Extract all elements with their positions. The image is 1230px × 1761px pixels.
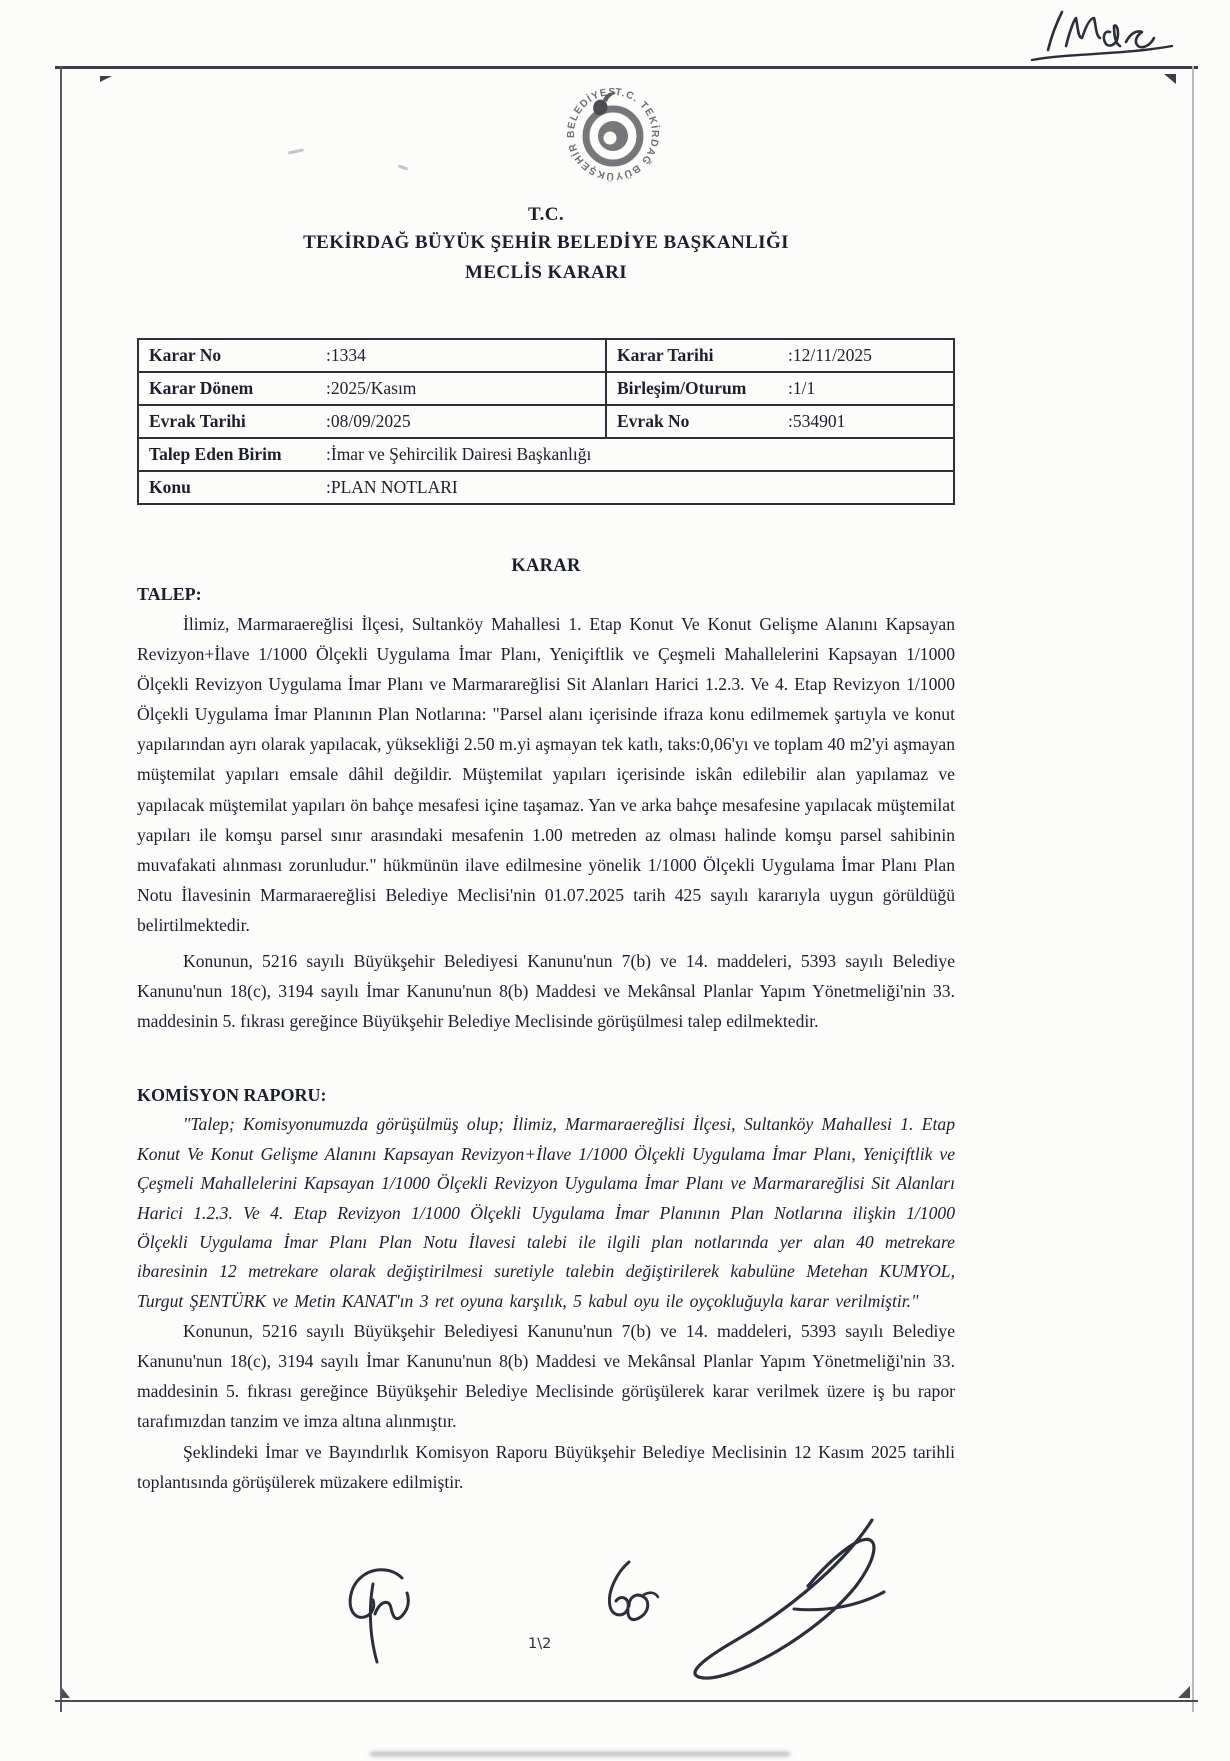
table-row: Karar Dönem :2025/Kasım Birleşim/Oturum … bbox=[138, 372, 954, 405]
evrak-no-value: :534901 bbox=[778, 405, 954, 438]
talep-paragraph-1: İlimiz, Marmaraereğlisi İlçesi, Sultankö… bbox=[137, 609, 955, 940]
signature-2 bbox=[583, 1556, 661, 1648]
table-row: Konu :PLAN NOTLARI bbox=[138, 471, 954, 504]
signature-1 bbox=[338, 1562, 430, 1670]
page-number: 1\2 bbox=[528, 1636, 551, 1652]
frame-corner-mark-bottom-right bbox=[1178, 1686, 1190, 1698]
header-doc-type: MECLİS KARARI bbox=[137, 258, 955, 288]
konu-label: Konu bbox=[138, 471, 316, 504]
header-municipality: TEKİRDAĞ BÜYÜK ŞEHİR BELEDİYE BAŞKANLIĞI bbox=[137, 228, 955, 258]
komisyon-paragraph-1: "Talep; Komisyonumuzda görüşülmüş olup; … bbox=[137, 1110, 955, 1316]
komisyon-paragraph-3: Şeklindeki İmar ve Bayındırlık Komisyon … bbox=[137, 1437, 955, 1497]
evrak-no-label: Evrak No bbox=[606, 405, 778, 438]
evrak-tarihi-value: :08/09/2025 bbox=[316, 405, 606, 438]
signature-3 bbox=[676, 1512, 890, 1700]
scanned-decision-page: İmar T.C. TEKİRDAĞ BÜYÜKŞEHİR BELEDİYESİ bbox=[0, 0, 1230, 1761]
page-frame-right-line bbox=[1192, 66, 1194, 1712]
karar-donem-value: :2025/Kasım bbox=[316, 372, 606, 405]
talep-paragraph-2: Konunun, 5216 sayılı Büyükşehir Belediye… bbox=[137, 946, 955, 1036]
page-frame-top-line bbox=[55, 66, 1198, 69]
karar-heading: KARAR bbox=[137, 553, 955, 579]
birlesim-oturum-label: Birleşim/Oturum bbox=[606, 372, 778, 405]
talep-eden-birim-label: Talep Eden Birim bbox=[138, 438, 316, 471]
frame-corner-mark-bottom-left bbox=[62, 1688, 70, 1698]
komisyon-raporu-heading: KOMİSYON RAPORU: bbox=[137, 1080, 955, 1110]
seal-row: T.C. TEKİRDAĞ BÜYÜKŞEHİR BELEDİYESİ bbox=[137, 80, 955, 202]
frame-corner-mark-top-right bbox=[1164, 74, 1176, 84]
karar-no-label: Karar No bbox=[138, 339, 316, 372]
karar-no-value: :1334 bbox=[316, 339, 606, 372]
table-row: Talep Eden Birim :İmar ve Şehircilik Dai… bbox=[138, 438, 954, 471]
konu-value: :PLAN NOTLARI bbox=[316, 471, 954, 504]
table-row: Evrak Tarihi :08/09/2025 Evrak No :53490… bbox=[138, 405, 954, 438]
karar-tarihi-label: Karar Tarihi bbox=[606, 339, 778, 372]
komisyon-paragraph-2: Konunun, 5216 sayılı Büyükşehir Belediye… bbox=[137, 1316, 955, 1436]
karar-donem-label: Karar Dönem bbox=[138, 372, 316, 405]
scan-smudge bbox=[370, 1752, 790, 1756]
talep-heading: TALEP: bbox=[137, 579, 955, 609]
birlesim-oturum-value: :1/1 bbox=[778, 372, 954, 405]
page-frame-bottom-line bbox=[55, 1700, 1198, 1702]
frame-corner-mark-top-left bbox=[100, 76, 112, 82]
evrak-tarihi-label: Evrak Tarihi bbox=[138, 405, 316, 438]
table-row: Karar No :1334 Karar Tarihi :12/11/2025 bbox=[138, 339, 954, 372]
decision-info-table: Karar No :1334 Karar Tarihi :12/11/2025 … bbox=[137, 338, 955, 505]
municipality-seal-icon: T.C. TEKİRDAĞ BÜYÜKŞEHİR BELEDİYESİ bbox=[561, 82, 665, 186]
karar-tarihi-value: :12/11/2025 bbox=[778, 339, 954, 372]
handwritten-imar-note: İmar bbox=[1030, 6, 1190, 66]
talep-eden-birim-value: :İmar ve Şehircilik Dairesi Başkanlığı bbox=[316, 438, 954, 471]
document-content: T.C. TEKİRDAĞ BÜYÜKŞEHİR BELEDİYESİ T.C.… bbox=[137, 80, 955, 1497]
header-republic: T.C. bbox=[137, 202, 955, 228]
page-frame-left-line bbox=[60, 66, 62, 1712]
